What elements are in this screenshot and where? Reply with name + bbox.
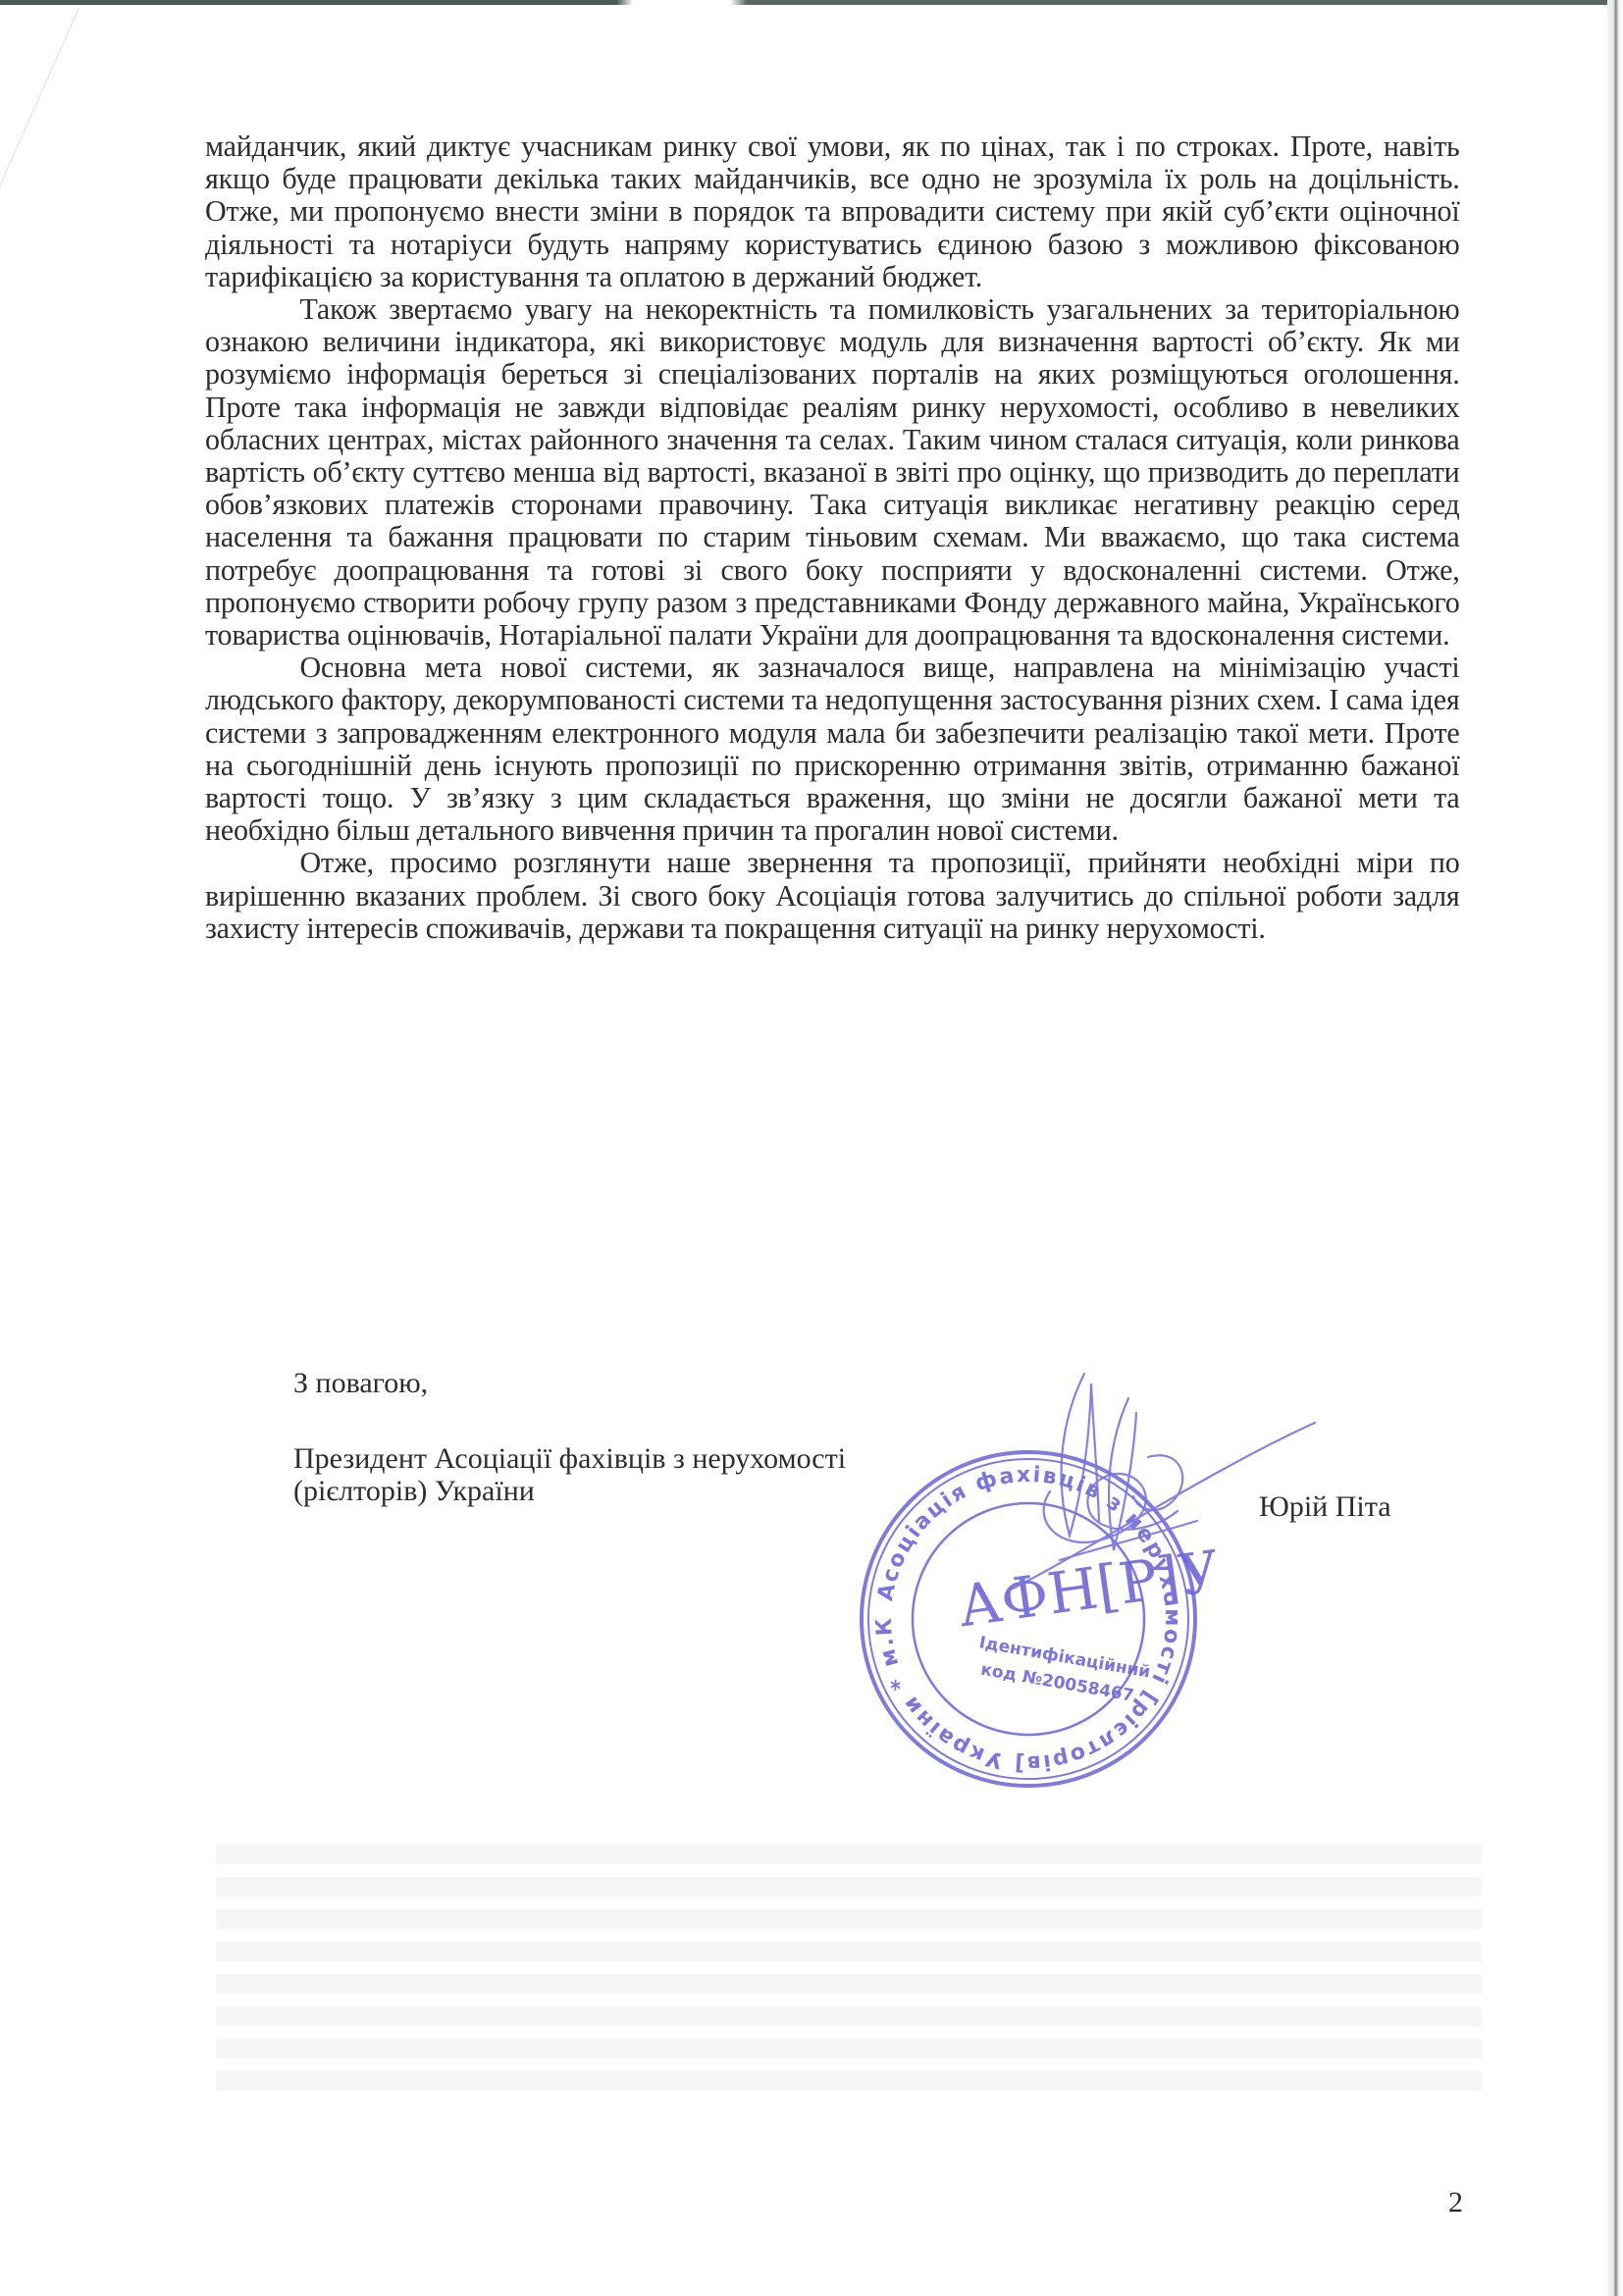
letter-closing: З повагою, Президент Асоціації фахівців …: [293, 1367, 846, 1507]
signer-name: Юрій Піта: [1259, 1490, 1391, 1523]
handwritten-signature-icon: [991, 1364, 1335, 1609]
paragraph-3: Основна мета нової системи, як зазначало…: [205, 652, 1460, 847]
signer-title-line-2: (рієлторів) України: [293, 1475, 846, 1507]
closing-greeting: З повагою,: [293, 1367, 846, 1399]
show-through-text: [216, 1845, 1482, 2100]
scan-edge-right: [1607, 0, 1623, 2296]
paragraph-4: Отже, просимо розглянути наше звернення …: [205, 847, 1460, 945]
page-number: 2: [1448, 2186, 1463, 2218]
scan-crease-line: [0, 8, 79, 215]
paragraph-1: майданчик, який диктує учасникам ринку с…: [205, 130, 1460, 293]
signer-title-line-1: Президент Асоціації фахівців з нерухомос…: [293, 1442, 846, 1475]
scan-edge-top: [0, 0, 1623, 5]
paragraph-2: Також звертаємо увагу на некоректність т…: [205, 293, 1460, 652]
letter-body: майданчик, який диктує учасникам ринку с…: [205, 130, 1460, 945]
